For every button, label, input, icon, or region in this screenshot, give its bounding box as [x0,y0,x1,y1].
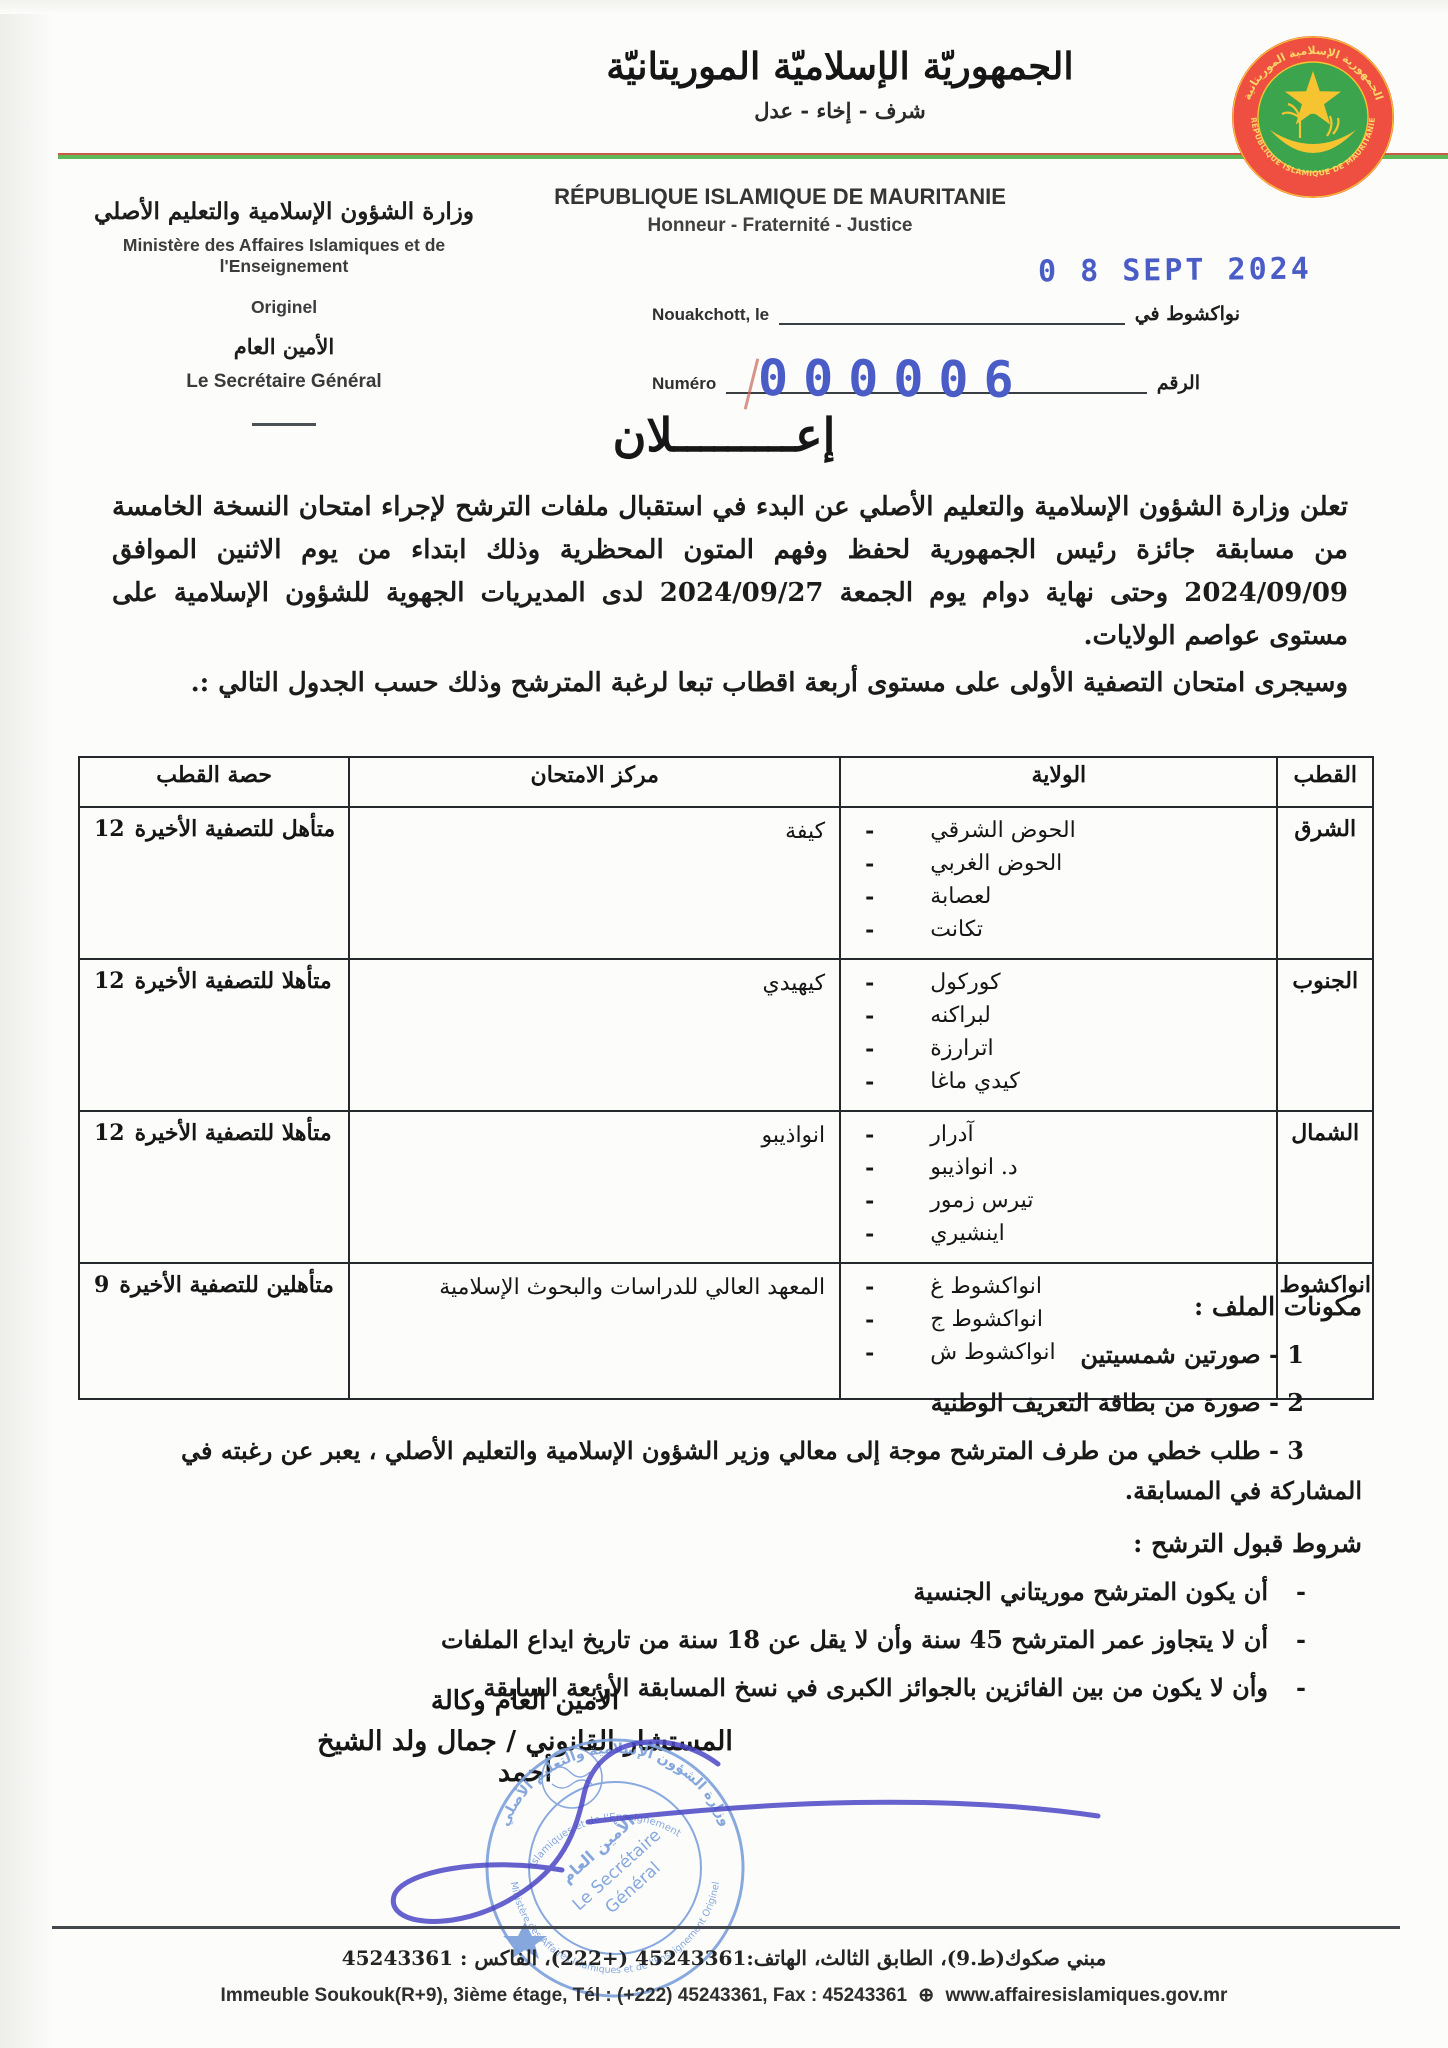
scan-edge-shadow [0,0,52,2048]
quota-number: 12 [94,816,125,842]
wilaya-cell: -كوركول -لبراكنه -اترارزة -كيدي ماغا [840,959,1277,1111]
condition-item: - أن لا يتجاوز عمر المترشح 45 سنة وأن لا… [100,1620,1362,1660]
dash-bullet: - [865,1036,874,1062]
signatory-title: الأمين العام وكالة [290,1686,760,1716]
pole-name: الشرق [1277,807,1373,959]
numero-label-french: Numéro [652,374,716,394]
file-components-heading: مكونات الملف : [100,1292,1362,1321]
date-label-arabic: نواكشوط في [1135,303,1240,325]
wilaya-name: د. انواذيبو [930,1155,1017,1180]
numero-stamp: 000006 [758,349,1029,409]
quota-number: 12 [94,968,125,994]
exam-center: انواذيبو [349,1111,840,1263]
date-label-french: Nouakchott, le [652,305,769,325]
col-header-pole: القطب [1277,757,1373,807]
file-component-item: 1 - صورتين شمسيتين [100,1335,1362,1375]
dash-bullet: - [865,1003,874,1029]
dash-bullet: - [865,818,874,844]
wilaya-name: لبراكنه [930,1003,991,1028]
wilaya-name: اينشيري [930,1221,1005,1246]
footer-french-text: Immeuble Soukouk(R+9), 3ième étage, Tél … [221,1985,907,2006]
wilaya-name: كيدي ماغا [930,1069,1020,1094]
dash-bullet: - [865,970,874,996]
dash-bullet: - [1296,1620,1306,1660]
date-blank-line [779,307,1125,325]
quota-cell: 12متأهل للتصفية الأخيرة [79,807,349,959]
wilaya-name: الحوض الشرقي [930,818,1075,843]
wilaya-name: الحوض الغربي [930,851,1062,876]
conditions-heading: شروط قبول الترشح : [100,1529,1362,1558]
date-stamp: 0 8 SEPT 2024 [1038,252,1312,290]
pole-name: الشمال [1277,1111,1373,1263]
lower-sections: مكونات الملف : 1 - صورتين شمسيتين 2 - صو… [100,1292,1362,1716]
republic-title-arabic: الجمهوريّة الإسلاميّة الموريتانيّة [520,44,1160,88]
national-seal-icon: الجمهورية الإسلامية الموريتانية REPUBLIQ… [1230,34,1396,200]
ministry-name-french: Ministère des Affaires Islamiques et de … [75,235,493,277]
date-line: Nouakchott, le نواكشوط في [652,303,1240,325]
republic-title-french: RÉPUBLIQUE ISLAMIQUE DE MAURITANIE [470,184,1090,210]
globe-icon: ⊕ [918,1984,934,2007]
footer-address-french: Immeuble Soukouk(R+9), 3ième étage, Tél … [0,1984,1448,2007]
col-header-wilaya: الولاية [840,757,1277,807]
quota-cell: 12متأهلا للتصفية الأخيرة [79,959,349,1111]
ministry-name-arabic: وزارة الشؤون الإسلامية والتعليم الأصلي [75,198,493,225]
dash-bullet: - [865,1155,874,1181]
wilaya-name: آدرار [930,1122,973,1147]
condition-text: أن يكون المترشح موريتاني الجنسية [913,1572,1268,1612]
condition-item: - أن يكون المترشح موريتاني الجنسية [100,1572,1362,1612]
motto-arabic: شرف - إخاء - عدل [520,98,1160,123]
wilaya-name: تكانت [930,917,983,942]
dash-bullet: - [865,1188,874,1214]
ministry-block: وزارة الشؤون الإسلامية والتعليم الأصلي M… [75,198,493,426]
file-component-item: 3 - طلب خطي من طرف المترشح موجة إلى معال… [100,1431,1362,1511]
signature-scribble [393,1742,1098,1922]
dash-bullet: - [865,884,874,910]
quota-text: متأهل للتصفية الأخيرة [135,816,336,842]
wilaya-name: كوركول [930,970,1000,995]
quota-text: متأهلا للتصفية الأخيرة [135,968,332,994]
quota-number: 12 [94,1120,125,1146]
col-header-quota: حصة القطب [79,757,349,807]
file-component-item: 2 - صورة من بطاقة التعريف الوطنية [100,1383,1362,1423]
ministry-name-french-2: Originel [75,297,493,318]
dash-bullet: - [1296,1668,1306,1708]
dash-bullet: - [1296,1572,1306,1612]
table-row: الشرق -الحوض الشرقي -الحوض الغربي -لعصاب… [79,807,1373,959]
body-paragraph-2: وسيجرى امتحان التصفية الأولى على مستوى أ… [168,662,1348,705]
dash-bullet: - [865,1069,874,1095]
announcement-title: إعـــــــــلان [0,408,1448,462]
dash-bullet: - [865,1122,874,1148]
scan-top-shadow [0,0,1448,14]
dash-bullet: - [865,1221,874,1247]
numero-label-arabic: الرقم [1157,372,1200,394]
dash-bullet: - [865,917,874,943]
wilaya-name: تيرس زمور [930,1188,1033,1213]
wilaya-name: لعصابة [930,884,991,909]
wilaya-name: اترارزة [930,1036,993,1061]
table-header-row: القطب الولاية مركز الامتحان حصة القطب [79,757,1373,807]
exam-center: كيفة [349,807,840,959]
condition-text: أن لا يتجاوز عمر المترشح 45 سنة وأن لا ي… [441,1620,1268,1660]
table-row: الجنوب -كوركول -لبراكنه -اترارزة -كيدي م… [79,959,1373,1111]
website-url: www.affairesislamiques.gov.mr [946,1985,1228,2006]
col-header-exam-center: مركز الامتحان [349,757,840,807]
dash-bullet: - [865,851,874,877]
pole-name: الجنوب [1277,959,1373,1111]
secretary-general-french: Le Secrétaire Général [75,371,493,393]
wilaya-cell: -الحوض الشرقي -الحوض الغربي -لعصابة -تكا… [840,807,1277,959]
secretary-general-arabic: الأمين العام [75,334,493,359]
footer-address-arabic: مبني صكوك(ط.9)، الطابق الثالث، الهاتف:45… [0,1946,1448,1970]
exam-center: كيهيدي [349,959,840,1111]
document-page: الجمهوريّة الإسلاميّة الموريتانيّة شرف -… [0,0,1448,2048]
quota-cell: 12متأهلا للتصفية الأخيرة [79,1111,349,1263]
motto-french: Honneur - Fraternité - Justice [470,215,1090,237]
footer-rule [52,1926,1400,1929]
quota-text: متأهلا للتصفية الأخيرة [135,1120,332,1146]
body-paragraph-1: تعلن وزارة الشؤون الإسلامية والتعليم الأ… [112,486,1348,658]
table-row: الشمال -آدرار -د. انواذيبو -تيرس زمور -ا… [79,1111,1373,1263]
wilaya-cell: -آدرار -د. انواذيبو -تيرس زمور -اينشيري [840,1111,1277,1263]
